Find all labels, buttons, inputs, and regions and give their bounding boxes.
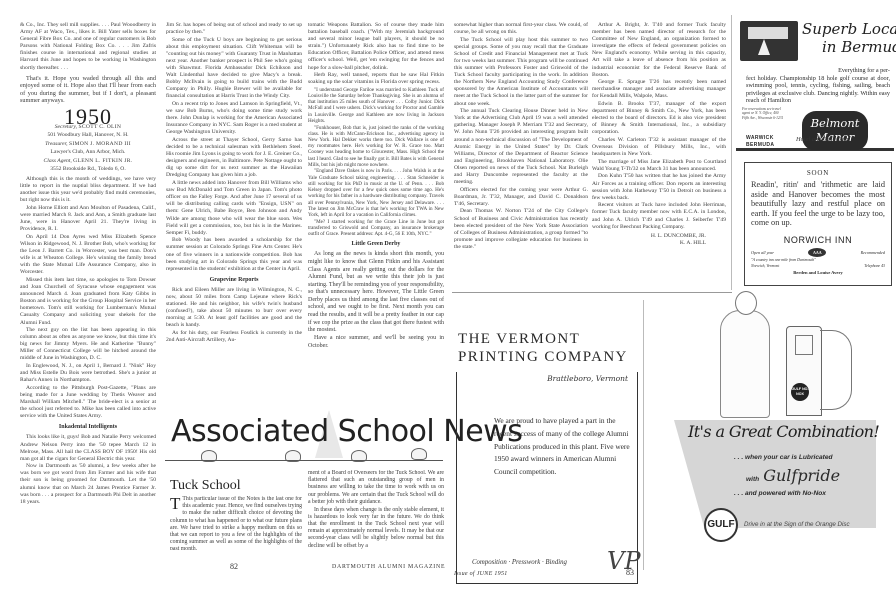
belmont-manor-ad[interactable]: Superb Location in Bermuda... Everything…	[736, 15, 894, 150]
ad-body: Everything for a per- fect holiday. Cham…	[746, 67, 890, 105]
paragraph: Missed this item last time, so apologies…	[20, 277, 156, 327]
paragraph: On April 14 Don Ayres wed Miss Elizabeth…	[20, 234, 156, 277]
paragraph: As long as the news is kinda short this …	[308, 251, 444, 335]
associated-school-news-banner: Associated School News	[165, 410, 443, 470]
subheading: Grapevine Reports	[166, 277, 302, 284]
tuck-school-heading: Tuck School	[170, 478, 241, 494]
paragraph: Arthur A. Bright, Jr. T'40 and former Tu…	[592, 22, 726, 79]
vermont-printing-ad[interactable]: THE VERMONT PRINTING COMPANY Brattleboro…	[452, 322, 638, 570]
subheading: Little Green Derby	[308, 241, 444, 248]
class-notes-column-2: Jim Sr. has hopes of being out of school…	[166, 22, 302, 400]
ad-footer: Drive in at the Sign of the Orange Disc	[744, 521, 850, 528]
ad-quote: "A country inn one mile from Dartmouth"	[751, 258, 885, 263]
paragraph: "England Dave Oakes is now in Paris. . .…	[308, 168, 444, 218]
paragraph: As for his duty, our Fearless Fosdick is…	[166, 330, 302, 344]
paragraph: The annual Tuck Clearing House Dinner he…	[454, 108, 588, 186]
paragraph: "I understand George Fariloe was married…	[308, 87, 444, 124]
paragraph: The Tuck School will play host this summ…	[454, 37, 588, 108]
ad-headline: It's a Great Combination!	[688, 422, 879, 441]
paragraph: Across the street at Thayer School, Gerr…	[166, 137, 302, 180]
tuck-notes-column-2: Arthur A. Bright, Jr. T'40 and former Tu…	[592, 22, 726, 292]
hotel-illustration-icon	[740, 21, 798, 61]
ad-location: WARWICK BERMUDA	[746, 135, 774, 149]
paragraph: Don Kuhn T'50 has written that he has jo…	[592, 173, 726, 201]
officer-class-agent: Class Agent, GLENN L. FITKIN JR. 3552 Br…	[20, 158, 156, 173]
paragraph: tomatic Weapons Battalion. So of course …	[308, 22, 444, 72]
class-year-heading: 1950	[20, 113, 156, 120]
horizontal-divider	[452, 292, 732, 293]
page-number: 82	[230, 562, 238, 571]
tuck-column-a: TThis particular issue of the Notes is t…	[170, 496, 302, 550]
paragraph: According to the Pittsburgh Post-Gazette…	[20, 385, 156, 420]
column-rule	[731, 15, 732, 290]
drop-cap: T	[170, 497, 180, 511]
company-name: THE VERMONT PRINTING COMPANY	[458, 330, 628, 366]
paragraph: Dean Thomas W. Norton T'24 of the City C…	[454, 208, 588, 251]
tuck-notes-column-1: somewhat higher than normal first-year c…	[454, 22, 588, 287]
aaa-badge-icon: AAA	[808, 248, 826, 257]
paragraph: A little news added into Hanover from Bi…	[166, 180, 302, 237]
pump-hose-icon	[820, 330, 852, 410]
officer-secretary: Secretary, SCOTT C. OLIN 501 Woodbury Ha…	[20, 124, 156, 139]
paragraph: Rick and Eileen Miller are living in Wil…	[166, 287, 302, 330]
left-page: & Co., Inc. They sell mill supplies. . .…	[0, 0, 448, 600]
ad-divider	[736, 150, 894, 151]
gulf-logo-icon: GULF	[704, 508, 738, 542]
reservation-info: For reservations see travel agent or N. …	[742, 107, 784, 120]
ad-line: with Gulfpride	[746, 466, 840, 486]
ad-headline: in Bermuda...	[822, 38, 896, 56]
ad-owners: Berden and Louise Avery	[751, 270, 885, 275]
paragraph: ment of a Board of Overseers for the Tuc…	[308, 470, 444, 506]
paragraph: Have a nice summer, and we'll be seeing …	[308, 335, 444, 350]
paragraph: George E. Sprague T'26 has recently been…	[592, 79, 726, 100]
paragraph: Herb Ray, well tanned, reports that he s…	[308, 72, 444, 86]
class-notes-column-1: & Co., Inc. They sell mill supplies. . .…	[20, 22, 156, 537]
tuck-column-b: ment of a Board of Overseers for the Tuc…	[308, 470, 444, 550]
paragraph: TThis particular issue of the Notes is t…	[170, 496, 302, 550]
banner-ground-line	[165, 460, 443, 461]
paragraph: Some of the Tuck U boys are beginning to…	[166, 37, 302, 101]
paragraph: Now in Dartmouth as '50 alumni, a few we…	[20, 463, 156, 506]
ad-heading: SOON	[751, 169, 885, 177]
campfire-illustration-icon	[411, 448, 427, 460]
ad-tagline: Hotel and Golf Club	[796, 136, 848, 143]
paragraph: & Co., Inc. They sell mill supplies. . .…	[20, 22, 156, 72]
vp-monogram-icon: VP	[607, 547, 640, 575]
column-rule	[643, 300, 644, 570]
ad-body: We are proud to have played a part in th…	[494, 415, 632, 479]
inn-name: NORWICH INN	[751, 235, 885, 245]
paragraph: Recent visitors at Tuck have included Jo…	[592, 202, 726, 230]
paragraph: On a recent trip to Jones and Lamson in …	[166, 101, 302, 136]
paragraph: In Englewood, N. J., on April 1, Bernard…	[20, 363, 156, 384]
ad-body: Readin', ritin' and 'rithmetic are laid …	[751, 180, 885, 228]
belmont-manor-logo: Belmont Manor	[802, 111, 868, 151]
norwich-inn-ad[interactable]: SOON Readin', ritin' and 'rithmetic are …	[744, 162, 892, 286]
gulf-ad[interactable]: GULF NO-NOX It's a Great Combination! . …	[652, 300, 896, 580]
subheading: Inkadental Intelligents	[20, 424, 156, 431]
services-line: Composition · Presswork · Binding	[472, 559, 567, 566]
paragraph: "Funkhouser, Bob that is, just joined th…	[308, 125, 444, 168]
signatures: H. L. DUNCOMBE, JR. K. A. HILL	[592, 233, 726, 248]
paragraph: Edwin B. Brooks T'37, manager of the exp…	[592, 101, 726, 136]
paragraph: This looks like it, guys! Bob and Natali…	[20, 434, 156, 462]
paragraph: Although this is the month of weddings, …	[20, 176, 156, 204]
gulfpride-brand: Gulfpride	[763, 466, 840, 485]
class-notes-column-3: tomatic Weapons Battalion. So of course …	[308, 22, 444, 400]
paragraph: In these days when change is the only st…	[308, 507, 444, 550]
paragraph: The next guy on the list has been appear…	[20, 327, 156, 362]
running-title: DARTMOUTH ALUMNI MAGAZINE	[332, 564, 445, 570]
paragraph: That's it. Hope you waded through all th…	[20, 75, 156, 105]
paragraph: "Me? I started working for the Grace Lin…	[308, 219, 444, 238]
paragraph: Charles W. Carleton T'32 is assistant ma…	[592, 137, 726, 158]
gas-pump-illustration-icon: GULF NO-NOX	[786, 326, 822, 416]
attendant-illustration-icon	[720, 310, 770, 418]
paragraph: The marriage of Miss Jane Elizabeth Post…	[592, 159, 726, 173]
paragraph: Officers elected for the coming year wer…	[454, 187, 588, 208]
ad-line: . . . and powered with No-Nox	[734, 490, 826, 497]
company-city: Brattleboro, Vermont	[547, 374, 628, 383]
paragraph: John Horne Elliott and Ann Moulton of Pa…	[20, 205, 156, 233]
no-nox-disc-icon: GULF NO-NOX	[791, 383, 809, 401]
ad-contact: Norwich, Vermont Telephone 43	[751, 264, 885, 269]
paragraph: Bob Woody has been awarded a scholarship…	[166, 237, 302, 272]
ad-headline: Superb Location	[802, 20, 896, 38]
ad-info-row: Open all year AAA Recommended	[751, 248, 885, 257]
paragraph: somewhat higher than normal first-year c…	[454, 22, 588, 36]
ad-line: . . . when your car is Lubricated	[734, 454, 833, 461]
paragraph: Jim Sr. has hopes of being out of school…	[166, 22, 302, 36]
officer-treasurer: Treasurer, SIMON J. MORAND III Lawyer's …	[20, 141, 156, 156]
